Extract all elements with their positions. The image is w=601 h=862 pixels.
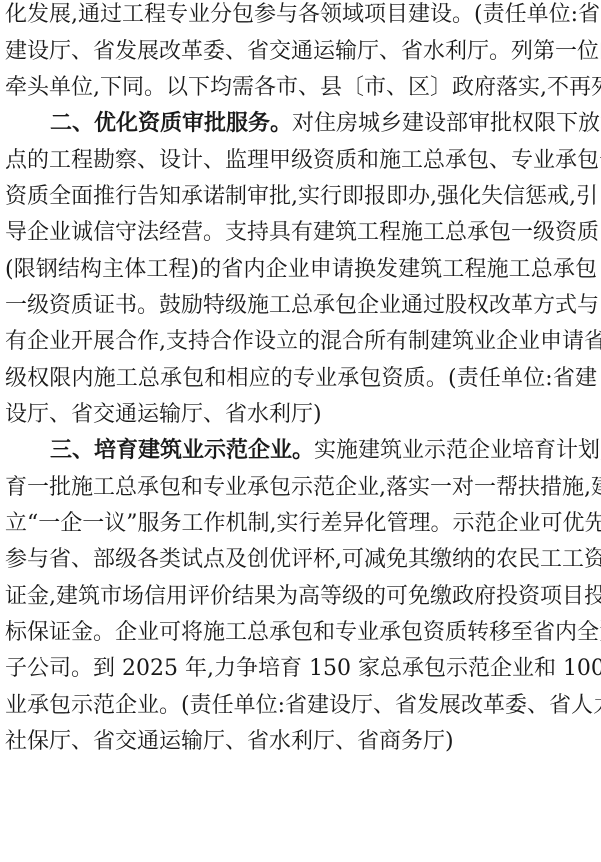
text-line: 参与省、部级各类试点及创优评杯,可减免其缴纳的农民工工资保 xyxy=(5,542,597,578)
text-line: 立“一企一议”服务工作机制,实行差异化管理。示范企业可优先 xyxy=(5,506,597,542)
section-heading: 三、培育建筑业示范企业。 xyxy=(50,438,314,463)
section-text: 对住房城乡建设部审批权限下放试 xyxy=(292,111,601,136)
section-heading: 二、优化资质审批服务。 xyxy=(50,111,292,136)
document-page: 化发展,通过工程专业分包参与各领域项目建设。(责任单位:省 建设厅、省发展改革委… xyxy=(0,0,601,862)
text-line: 化发展,通过工程专业分包参与各领域项目建设。(责任单位:省 xyxy=(5,0,597,33)
text-line: 社保厅、省交通运输厅、省水利厅、省商务厅) xyxy=(5,724,597,760)
text-line: 设厅、省交通运输厅、省水利厅) xyxy=(5,397,597,433)
section-heading-line: 三、培育建筑业示范企业。实施建筑业示范企业培育计划,培 xyxy=(50,433,597,469)
text-line: 一级资质证书。鼓励特级施工总承包企业通过股权改革方式与国 xyxy=(5,288,597,324)
text-line: 导企业诚信守法经营。支持具有建筑工程施工总承包一级资质 xyxy=(5,215,597,251)
text-line: 业承包示范企业。(责任单位:省建设厅、省发展改革委、省人力 xyxy=(5,688,597,724)
text-line: 点的工程勘察、设计、监理甲级资质和施工总承包、专业承包一级 xyxy=(5,143,597,179)
text-line: 建设厅、省发展改革委、省交通运输厅、省水利厅。列第一位的为 xyxy=(5,34,597,70)
text-line: 级权限内施工总承包和相应的专业承包资质。(责任单位:省建 xyxy=(5,361,597,397)
text-line: 证金,建筑市场信用评价结果为高等级的可免缴政府投资项目投 xyxy=(5,579,597,615)
text-line: (限钢结构主体工程)的省内企业申请换发建筑工程施工总承包 xyxy=(5,252,597,288)
text-line: 标保证金。企业可将施工总承包和专业承包资质转移至省内全资 xyxy=(5,615,597,651)
text-line: 子公司。到 2025 年,力争培育 150 家总承包示范企业和 100 家专 xyxy=(5,651,597,687)
text-line: 牵头单位,下同。以下均需各市、县〔市、区〕政府落实,不再列出) xyxy=(5,70,597,106)
text-line: 育一批施工总承包和专业承包示范企业,落实一对一帮扶措施,建 xyxy=(5,470,597,506)
text-line: 资质全面推行告知承诺制审批,实行即报即办,强化失信惩戒,引 xyxy=(5,179,597,215)
section-heading-line: 二、优化资质审批服务。对住房城乡建设部审批权限下放试 xyxy=(50,106,597,142)
section-text: 实施建筑业示范企业培育计划,培 xyxy=(314,438,601,463)
text-line: 有企业开展合作,支持合作设立的混合所有制建筑业企业申请省 xyxy=(5,324,597,360)
